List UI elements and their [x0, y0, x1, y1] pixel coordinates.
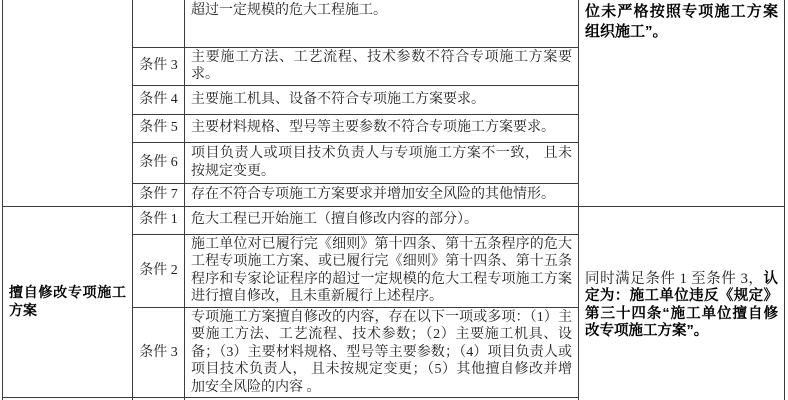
condition-label-cell: 条件 3: [133, 307, 185, 398]
condition-label-cell: 条件 6: [133, 142, 185, 183]
verdict-cell-section1: 位未严格按照专项施工方案组织施工”。: [579, 0, 785, 206]
condition-label-cell: 条件 1: [133, 206, 185, 234]
table-row: 超过一定规模的危大工程施工。 位未严格按照专项施工方案组织施工”。: [3, 0, 785, 47]
condition-label-cell: 条件 4: [133, 85, 185, 114]
verdict-bold-text: 位未严格按照专项施工方案组织施工”。: [585, 3, 778, 40]
document-page: 超过一定规模的危大工程施工。 位未严格按照专项施工方案组织施工”。 条件 3 主…: [0, 0, 788, 400]
condition-description-cell: 危大工程已开始施工（擅自修改内容的部分）。: [185, 206, 579, 234]
condition-description-cell: 主要材料规格、型号等主要参数不符合专项施工方案要求。: [185, 114, 579, 142]
condition-label-cell: 条件 2: [133, 234, 185, 307]
category-cell-section1: [3, 0, 133, 206]
table-row: 擅自修改专项施工方案 条件 1 危大工程已开始施工（擅自修改内容的部分）。 同时…: [3, 206, 785, 234]
condition-description-cell: 主要施工机具、设备不符合专项施工方案要求。: [185, 85, 579, 114]
condition-description-cell: 专项施工方案擅自修改的内容，存在以下一项或多项：（1）主要施工方法、工艺流程、技…: [185, 307, 579, 398]
condition-description-cell: 项目负责人或项目技术负责人与专项施工方案不一致， 且未按规定变更。: [185, 142, 579, 183]
condition-description-cell: 超过一定规模的危大工程施工。: [185, 0, 579, 47]
violation-determination-table: 超过一定规模的危大工程施工。 位未严格按照专项施工方案组织施工”。 条件 3 主…: [2, 0, 785, 400]
condition-description-cell: 施工单位对已履行完《细则》第十四条、第十五条程序的危大工程专项施工方案、或已履行…: [185, 234, 579, 307]
category-cell-section2: 擅自修改专项施工方案: [3, 206, 133, 398]
verdict-cell-section2: 同时满足条件 1 至条件 3，认定为：施工单位违反《规定》第三十四条“施工单位擅…: [579, 206, 785, 400]
condition-label-cell: 条件 7: [133, 183, 185, 206]
condition-description-cell: 存在不符合专项施工方案要求并增加安全风险的其他情形。: [185, 183, 579, 206]
condition-label-cell: [133, 0, 185, 47]
condition-label-cell: 条件 5: [133, 114, 185, 142]
verdict-prefix: 同时满足条件 1 至条件 3，: [585, 271, 764, 287]
condition-description-cell: 主要施工方法、工艺流程、技术参数不符合专项施工方案要求。: [185, 47, 579, 85]
condition-label-cell: 条件 3: [133, 47, 185, 85]
